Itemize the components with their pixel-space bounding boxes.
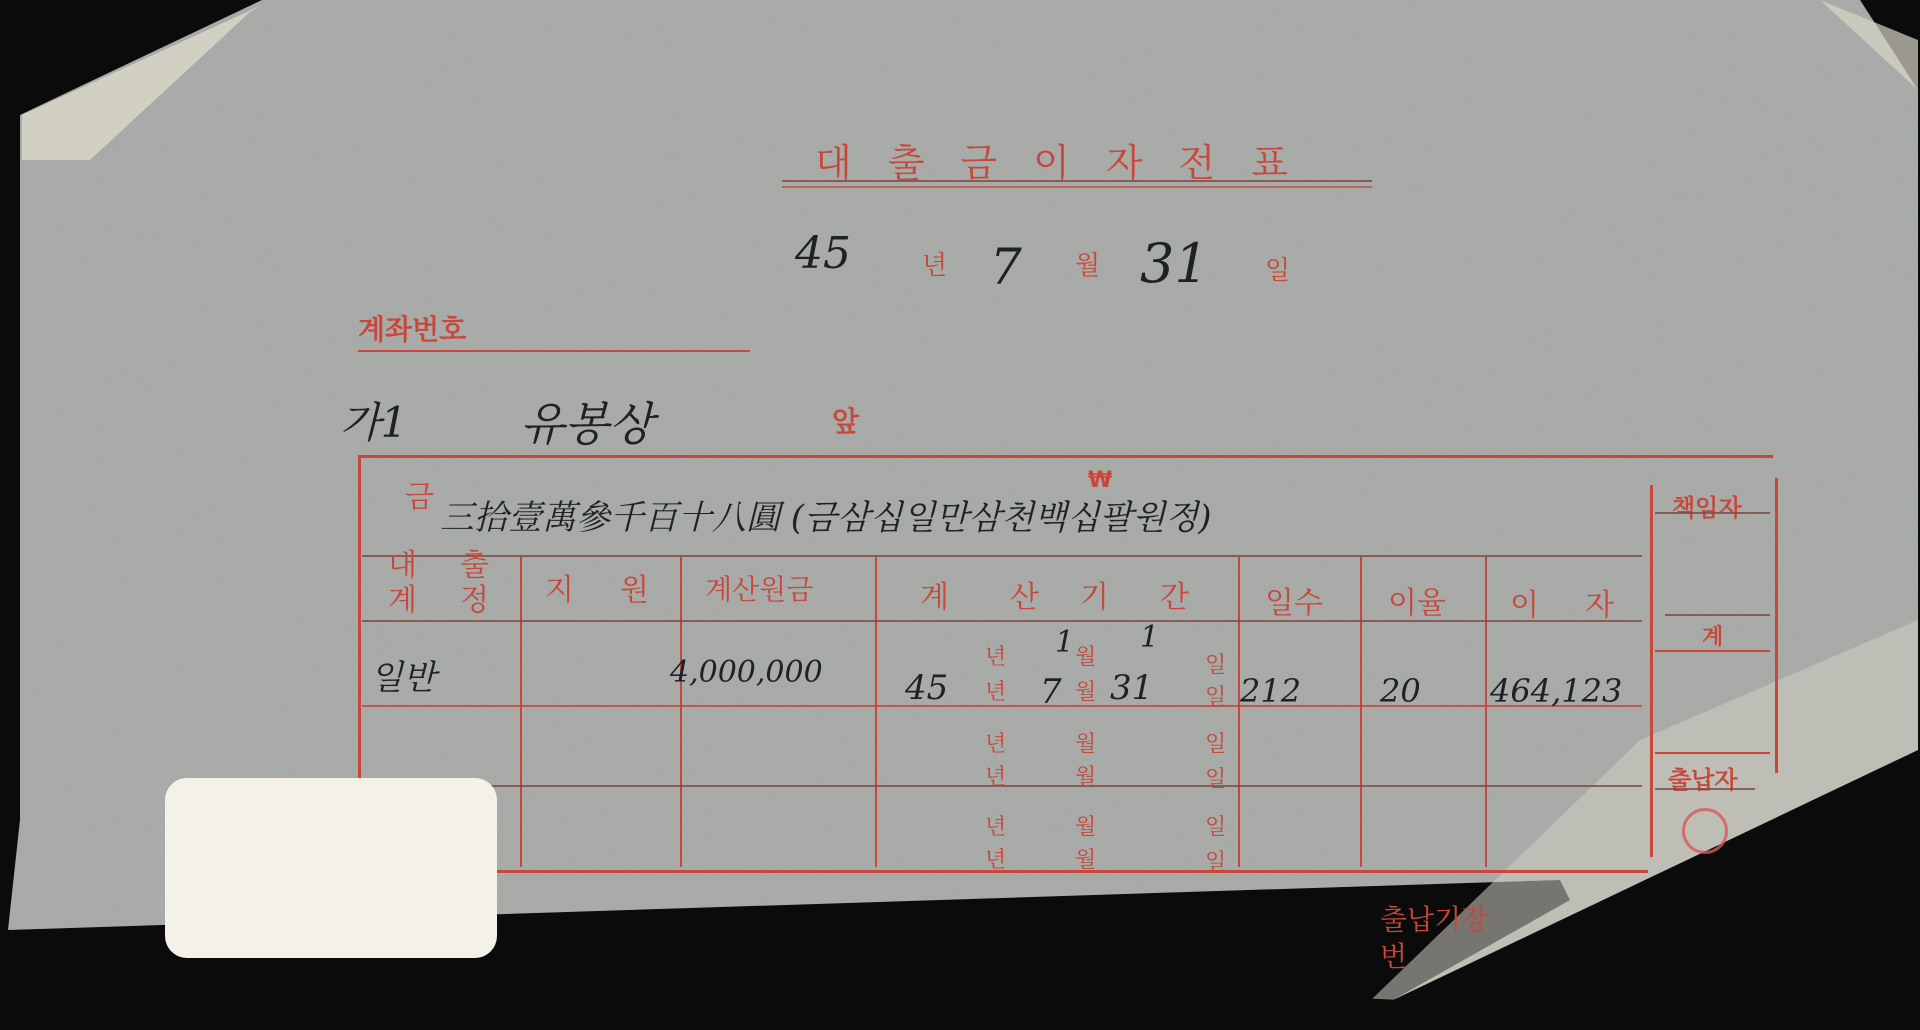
rate-value: 20 — [1380, 672, 1421, 710]
side-panel-left-border — [1650, 485, 1653, 857]
period-to-day: 31 — [1110, 668, 1153, 708]
account-number-value: 가1 — [340, 390, 407, 450]
amount-row-divider — [362, 555, 1642, 557]
side-divider-4 — [1655, 752, 1770, 754]
seal-stamp — [1682, 808, 1728, 854]
account-number-label: 계좌번호 — [358, 308, 466, 348]
interest-value: 464,123 — [1490, 672, 1622, 710]
col-divider-1 — [520, 557, 522, 867]
side-divider-5 — [1655, 788, 1755, 790]
total-label: 계 — [1702, 620, 1723, 651]
side-panel-right-border — [1775, 478, 1778, 773]
side-divider-1 — [1655, 512, 1770, 514]
amount-label: 금 — [405, 472, 434, 516]
amount-written: 三拾壹萬參千百十八圓 (금삼십일만삼천백십팔원정) — [440, 490, 1211, 539]
white-label-sticker — [165, 778, 497, 958]
period-from-day: 1 — [1140, 620, 1159, 655]
col-divider-3 — [875, 557, 877, 867]
footer-label-number: 번 — [1380, 935, 1407, 975]
col-divider-5 — [1360, 557, 1362, 867]
table-top-border — [358, 455, 1773, 458]
payee-name: 유봉상 — [520, 388, 653, 454]
account-number-underline — [358, 350, 750, 352]
col-divider-6 — [1485, 557, 1487, 867]
title-underline — [782, 180, 1372, 182]
side-divider-3 — [1655, 650, 1770, 652]
side-divider-2 — [1665, 614, 1770, 616]
principal-value: 4,000,000 — [670, 655, 823, 690]
period-to-month: 7 — [1040, 672, 1062, 712]
period-from-month: 1 — [1055, 625, 1074, 660]
currency-symbol: ₩ — [1088, 468, 1112, 493]
period-to-year: 45 — [905, 668, 948, 708]
payee-suffix: 앞 — [832, 400, 859, 440]
footer-label: 출납기장 — [1380, 898, 1488, 938]
responsible-label: 책임자 — [1672, 488, 1742, 523]
header-row-divider — [362, 620, 1642, 622]
loan-account-value: 일반 — [370, 650, 436, 699]
col-divider-2 — [680, 557, 682, 867]
col-divider-4 — [1238, 557, 1240, 867]
title-underline-2 — [782, 186, 1372, 188]
days-value: 212 — [1240, 672, 1301, 710]
